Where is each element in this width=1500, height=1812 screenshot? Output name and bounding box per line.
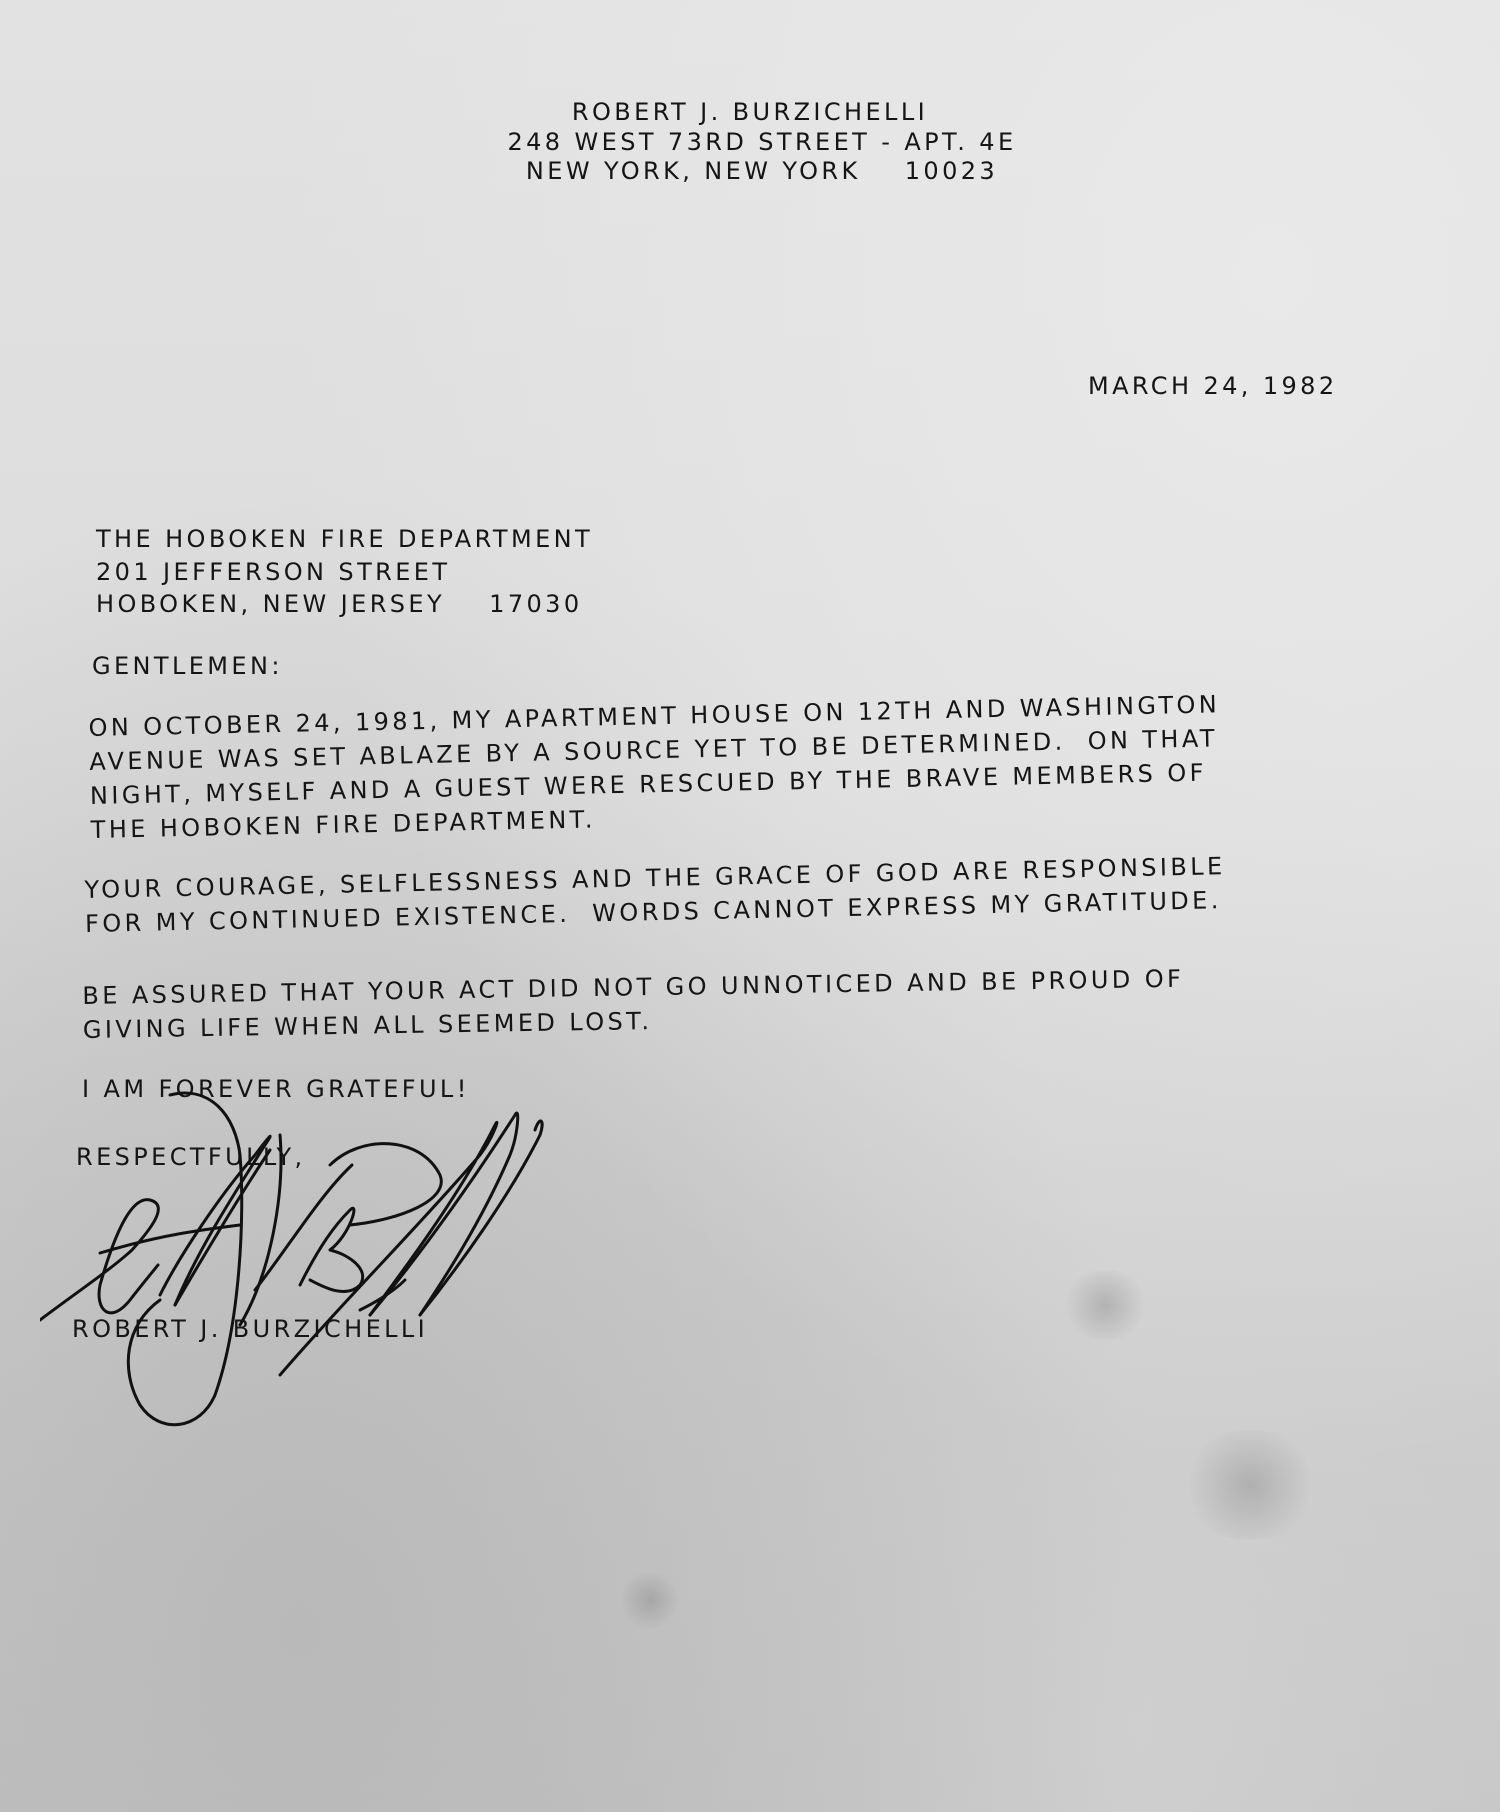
recipient-line-2: 201 JEFFERSON STREET xyxy=(96,558,450,586)
paper-stain xyxy=(620,1570,680,1630)
closing-line: I AM FOREVER GRATEFUL! xyxy=(82,1075,470,1103)
letterhead-address: 248 WEST 73RD STREET - APT. 4E xyxy=(12,128,1500,156)
salutation: GENTLEMEN: xyxy=(92,652,283,680)
signature-name: ROBERT J. BURZICHELLI xyxy=(72,1315,428,1343)
letter-date: MARCH 24, 1982 xyxy=(1088,372,1338,400)
letterhead-city: NEW YORK, NEW YORK 10023 xyxy=(12,157,1500,185)
recipient-line-1: THE HOBOKEN FIRE DEPARTMENT xyxy=(96,525,593,553)
valediction: RESPECTFULLY, xyxy=(76,1143,306,1171)
paper-stain xyxy=(1060,1270,1150,1340)
paper-stain xyxy=(1180,1430,1320,1540)
recipient-line-3: HOBOKEN, NEW JERSEY 17030 xyxy=(96,590,583,618)
letterhead-name: ROBERT J. BURZICHELLI xyxy=(0,98,1500,126)
